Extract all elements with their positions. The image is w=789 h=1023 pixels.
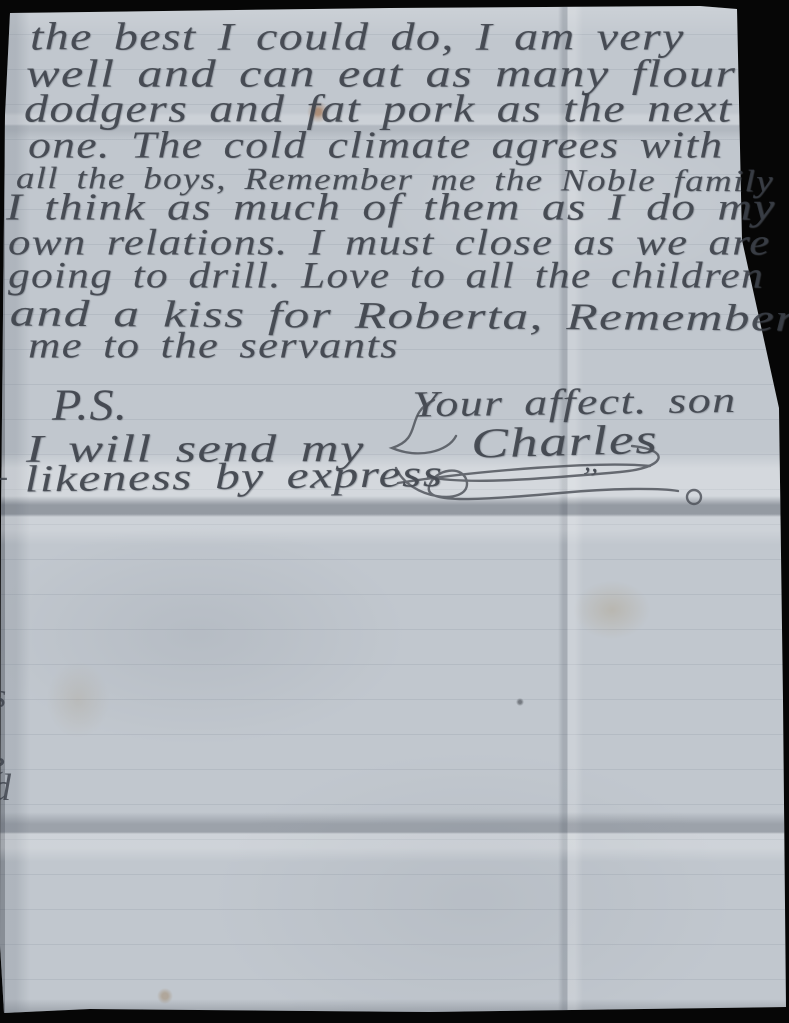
letter-line-8: going to drill. Love to all the children: [8, 257, 764, 296]
edge-fragment-dash: -: [0, 460, 8, 494]
postscript-line-2: likeness by express: [24, 454, 444, 499]
letter-line-10: me to the servants: [28, 327, 399, 366]
closing-signature: Charles: [470, 417, 659, 466]
scanned-letter: the best I could do, I am very well and …: [0, 0, 789, 1023]
edge-fragment-s: s: [0, 678, 6, 716]
edge-fragment-d: d: [0, 766, 11, 810]
postscript-label: P.S.: [52, 382, 128, 428]
